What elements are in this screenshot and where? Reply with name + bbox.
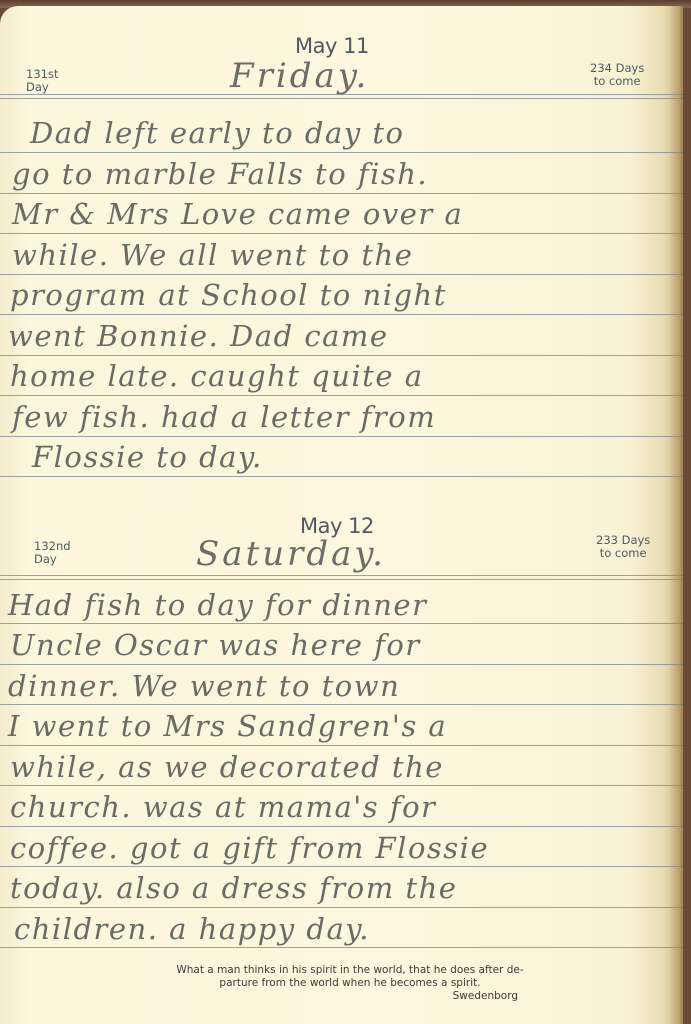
entry-line: children. a happy day. [14,912,370,946]
writing-rule [0,355,683,356]
writing-rule [0,233,683,234]
entry-line: dinner. We went to town [8,669,400,703]
writing-rule [0,395,683,396]
days-to-come-label: to come [596,547,650,560]
entry-line: coffee. got a gift from Flossie [10,831,489,865]
writing-rule [0,907,683,908]
days-to-come: 233 Days to come [596,534,650,560]
writing-rule [0,436,683,437]
entry-line: Mr & Mrs Love came over a [12,197,463,231]
writing-rule [0,664,683,665]
entry-line: I went to Mrs Sandgren's a [8,709,447,743]
footer-quote: What a man thinks in his spirit in the w… [130,964,570,1003]
day-of-year-label: Day [34,553,71,566]
days-to-come: 234 Days to come [590,62,644,88]
writing-rule [0,476,683,477]
day-of-year: 132nd Day [34,540,71,566]
writing-rule [0,745,683,746]
writing-rule [0,947,683,948]
entry-line: while. We all went to the [12,238,413,272]
writing-rule [0,826,683,827]
diary-page: May 11 131st Day 234 Days to come Friday… [0,6,683,1024]
writing-rule [0,623,683,624]
writing-rule [0,785,683,786]
day-of-year: 131st Day [26,68,58,94]
entry-line: Uncle Oscar was here for [10,628,421,662]
entry-line: home late. caught quite a [10,359,424,393]
writing-rule [0,152,683,153]
quote-line: parture from the world when he becomes a… [130,977,570,990]
entry-line: Had fish to day for dinner [8,588,427,622]
weekday-handwritten: Friday. [230,56,369,96]
entry-line: went Bonnie. Dad came [8,319,389,353]
entry-line: Dad left early to day to [30,116,404,150]
entry-line: program at School to night [10,278,447,312]
header-rule [0,98,683,99]
entry-line: Flossie to day. [32,440,263,474]
entry-line: few fish. had a letter from [12,400,436,434]
quote-line: What a man thinks in his spirit in the w… [130,964,570,977]
entry-date: May 11 [295,34,369,58]
days-to-come-label: to come [590,75,644,88]
entry-line: go to marble Falls to fish. [12,157,428,191]
header-rule [0,575,683,576]
weekday-handwritten: Saturday. [196,534,386,574]
header-rule [0,579,683,580]
entry-line: today. also a dress from the [10,871,457,905]
writing-rule [0,704,683,705]
writing-rule [0,193,683,194]
writing-rule [0,274,683,275]
day-of-year-label: Day [26,81,58,94]
writing-rule [0,314,683,315]
header-rule [0,94,683,95]
quote-attribution: Swedenborg [130,990,570,1003]
writing-rule [0,866,683,867]
entry-line: church. was at mama's for [10,790,436,824]
entry-line: while, as we decorated the [10,750,444,784]
